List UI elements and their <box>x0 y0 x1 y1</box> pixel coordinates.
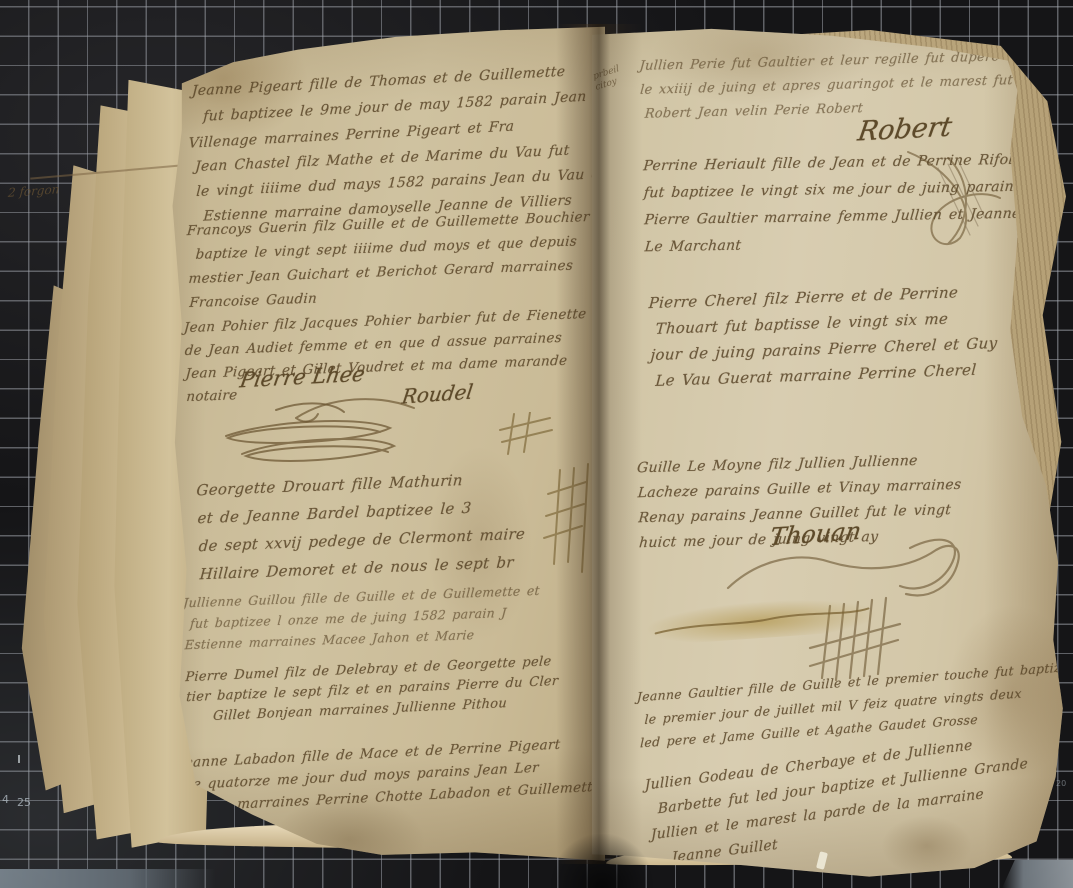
baptism-entry: Perrine Heriault fille de Jean et de Per… <box>643 147 1022 262</box>
mat-ruler-number: 20 <box>1056 779 1066 788</box>
signature-swash <box>290 388 418 430</box>
mat-ruler-number: 25 <box>17 796 31 809</box>
flourish-svg <box>290 388 418 430</box>
baptism-entry: Georgette Drouart fille Mathurin et de J… <box>196 464 527 588</box>
right-page: 129 prbeil citoy Jullien Perie fut Gault… <box>592 22 1070 880</box>
baptism-entry: Pierre Dumel filz de Delebray et de Geor… <box>185 652 560 728</box>
photo-of-manuscript: 4 25 20 2 forgon Jeanne Pigeart fille de… <box>0 0 1073 888</box>
gutter-margin-note: prbeil citoy <box>592 64 622 94</box>
left-page: Jeanne Pigeart fille de Thomas et de Gui… <box>140 20 605 865</box>
table-edge-left <box>0 869 215 888</box>
baptism-entry: Jullienne Guillou fille de Guille et de … <box>183 580 542 655</box>
baptism-entry: Pierre Cherel filz Pierre et de Perrine … <box>648 278 998 394</box>
baptism-entry: Francoys Guerin filz Guille et de Guille… <box>186 205 592 315</box>
baptism-entry: Jullien Perie fut Gaultier et leur regil… <box>639 45 1014 127</box>
baptism-entry: Jeanne Labadon fille de Mace et de Perri… <box>179 732 602 818</box>
mat-tick <box>18 755 20 763</box>
mat-ruler-number: 4 <box>2 793 9 806</box>
